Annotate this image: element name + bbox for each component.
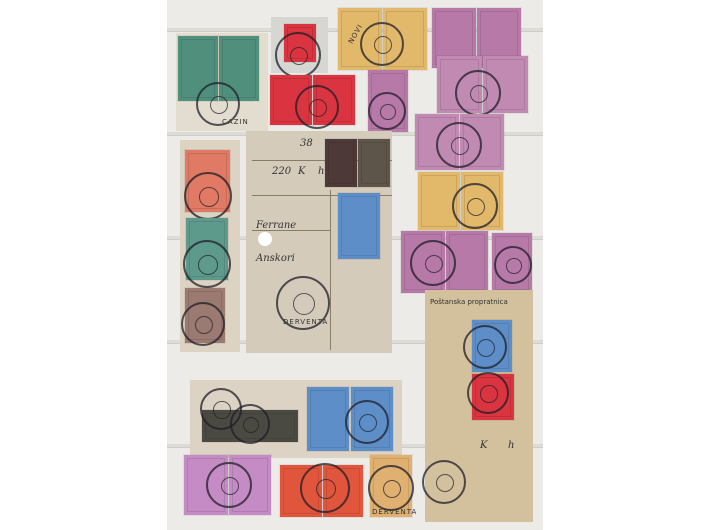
parcel-right-h: h <box>508 440 514 451</box>
postmark-derventa-12 <box>368 465 414 511</box>
postmark-label: CAZIN <box>222 118 249 126</box>
postmark-derventa-11 <box>300 463 350 513</box>
postmark-lilac5 <box>206 462 252 508</box>
postmark-derventa-10 <box>230 404 270 444</box>
postmark-derventa-3 <box>181 302 225 346</box>
stamp-darkbrown-1 <box>325 139 357 187</box>
postmark-blue-pair <box>345 400 389 444</box>
postmark-derventa-2 <box>183 240 231 288</box>
handwriting-1: Ferrane <box>256 220 296 231</box>
postmark-novi <box>360 22 404 66</box>
postmark-label: DERVENTA <box>372 508 417 516</box>
postmark-derventa-8 <box>422 460 466 504</box>
postmark-derventa-1 <box>184 172 232 220</box>
parcel-card-header: Poštanska propratnica <box>430 298 508 306</box>
postmark-derventa-6 <box>463 325 507 369</box>
postmark-lilac-single <box>368 92 406 130</box>
stamp-blue-single <box>338 193 380 259</box>
postmark-lilac-pair2 <box>455 70 501 116</box>
postmark-red-pair <box>295 85 339 129</box>
currency-k: K <box>298 166 305 177</box>
parcel-amount: 220 <box>272 166 291 177</box>
postmark-label: DERVENTA <box>283 318 328 326</box>
currency-h: h <box>318 166 324 177</box>
stamp-blue-pair-left <box>307 387 349 451</box>
handwriting-2: Anskori <box>256 253 295 264</box>
postmark-derventa-5 <box>452 183 498 229</box>
parcel-right-k: K <box>480 440 487 451</box>
punch-hole <box>258 232 272 246</box>
form-line <box>330 190 331 350</box>
postmark-lilac3 <box>436 122 482 168</box>
postmark-derventa-7 <box>467 372 509 414</box>
parcel-number: 38 <box>300 138 313 149</box>
stamp-darkbrown-2 <box>358 139 390 187</box>
postmark-cazin-2 <box>275 32 321 78</box>
postmark-lilac4-c <box>494 246 532 284</box>
postmark-lilac4 <box>410 240 456 286</box>
